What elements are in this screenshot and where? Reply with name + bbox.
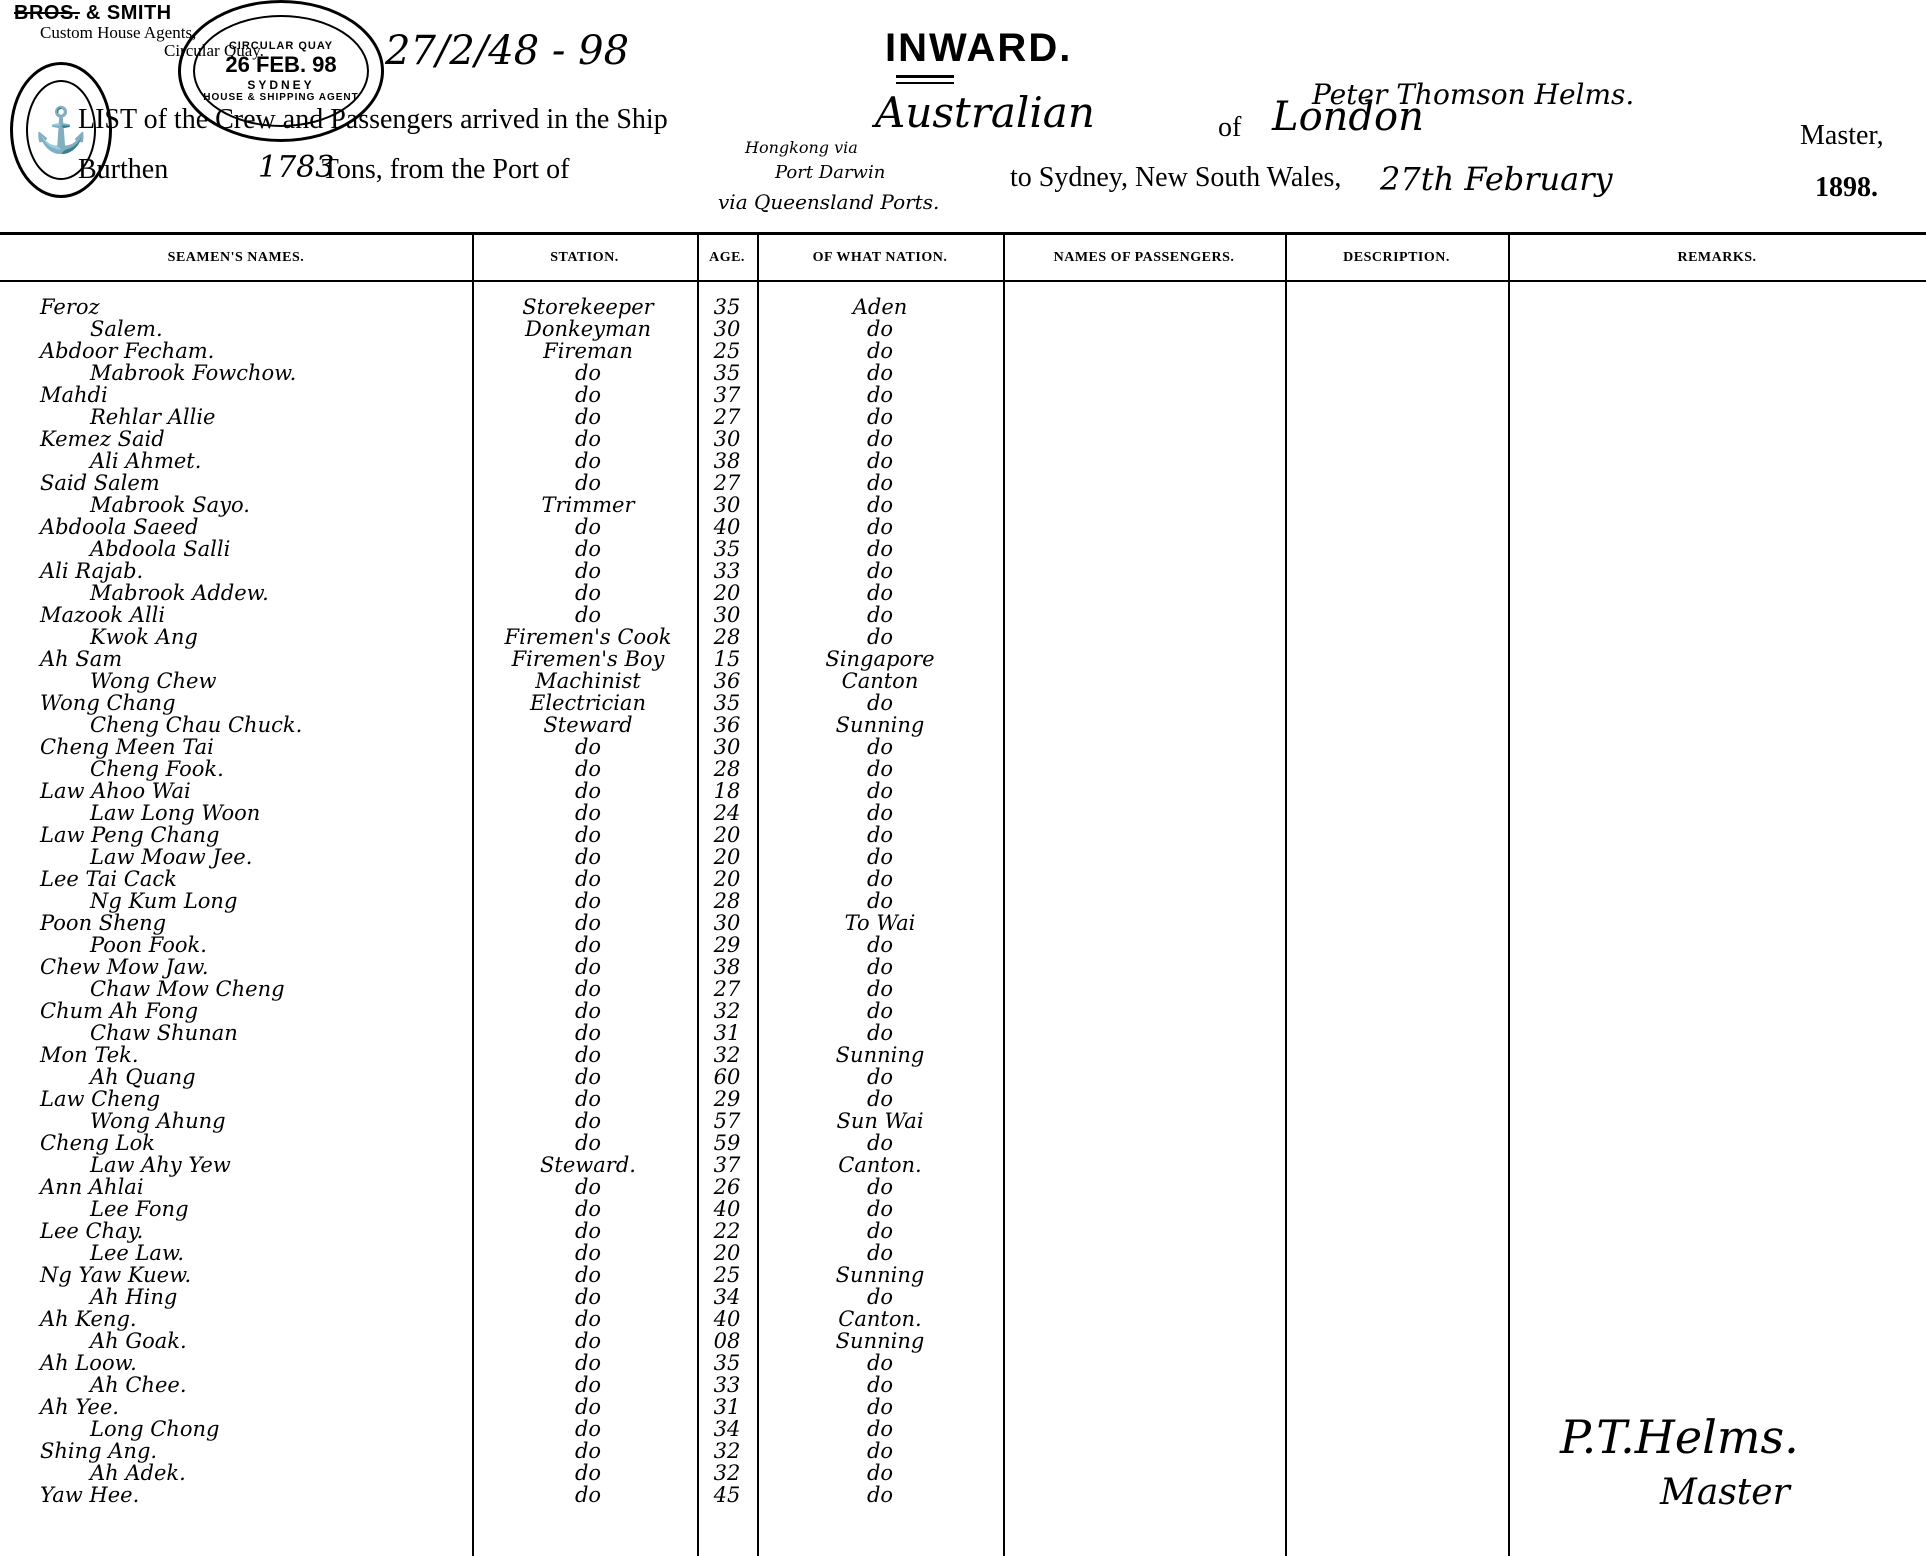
- title-underline: [896, 75, 954, 84]
- table-row: Yaw Hee.do45do: [0, 1484, 1926, 1506]
- table-row: Law Moaw Jee.do20do: [0, 846, 1926, 868]
- station: do: [478, 472, 698, 494]
- age: 38: [700, 450, 754, 472]
- seaman-name: Ah Hing: [90, 1286, 177, 1308]
- age: 26: [700, 1176, 754, 1198]
- arrival-date: 27th February: [1380, 160, 1613, 198]
- table-row: Abdoola Sallido35do: [0, 538, 1926, 560]
- table-row: Ah Hingdo34do: [0, 1286, 1926, 1308]
- table-row: Mabrook Sayo.Trimmer30do: [0, 494, 1926, 516]
- age: 31: [700, 1396, 754, 1418]
- station: do: [478, 1176, 698, 1198]
- table-row: Law Ahoo Waido18do: [0, 780, 1926, 802]
- seaman-name: Law Long Woon: [90, 802, 260, 824]
- age: 40: [700, 1198, 754, 1220]
- seaman-name: Chaw Mow Cheng: [90, 978, 285, 1000]
- station: do: [478, 1484, 698, 1506]
- seaman-name: Ann Ahlai: [40, 1176, 144, 1198]
- nation: Canton: [760, 670, 1000, 692]
- seaman-name: Ah Sam: [40, 648, 122, 670]
- table-row: Poon Shengdo30To Wai: [0, 912, 1926, 934]
- nation: do: [760, 604, 1000, 626]
- seaman-name: Mazook Alli: [40, 604, 165, 626]
- age: 37: [700, 1154, 754, 1176]
- station: do: [478, 1440, 698, 1462]
- column-header-remarks: REMARKS.: [1508, 250, 1926, 266]
- burthen-text: Burthen: [78, 154, 168, 185]
- seaman-name: Salem.: [90, 318, 163, 340]
- seaman-name: Cheng Lok: [40, 1132, 155, 1154]
- table-row: Ng Kum Longdo28do: [0, 890, 1926, 912]
- seaman-name: Lee Tai Cack: [40, 868, 177, 890]
- age: 33: [700, 1374, 754, 1396]
- nation: do: [760, 384, 1000, 406]
- age: 59: [700, 1132, 754, 1154]
- station: do: [478, 1220, 698, 1242]
- table-row: Ah SamFiremen's Boy15Singapore: [0, 648, 1926, 670]
- destination-label: to Sydney, New South Wales,: [1010, 162, 1341, 194]
- seaman-name: Mon Tek.: [40, 1044, 139, 1066]
- station: do: [478, 1242, 698, 1264]
- of-label: of: [1218, 112, 1241, 144]
- table-row: Cheng Chau Chuck.Steward36Sunning: [0, 714, 1926, 736]
- seaman-name: Ah Chee.: [90, 1374, 187, 1396]
- nation: Sun Wai: [760, 1110, 1000, 1132]
- station: Fireman: [478, 340, 698, 362]
- station: do: [478, 912, 698, 934]
- seaman-name: Ali Rajab.: [40, 560, 143, 582]
- nation: do: [760, 1286, 1000, 1308]
- age: 20: [700, 824, 754, 846]
- seaman-name: Kwok Ang: [90, 626, 198, 648]
- nation: do: [760, 1220, 1000, 1242]
- crew-table: SEAMEN'S NAMES. STATION. AGE. OF WHAT NA…: [0, 232, 1926, 1556]
- table-row: Mazook Allido30do: [0, 604, 1926, 626]
- station: do: [478, 934, 698, 956]
- nation: do: [760, 758, 1000, 780]
- station: do: [478, 406, 698, 428]
- table-row: Ali Rajab.do33do: [0, 560, 1926, 582]
- seaman-name: Abdoola Salli: [90, 538, 230, 560]
- nation: do: [760, 1000, 1000, 1022]
- seaman-name: Wong Chew: [90, 670, 216, 692]
- nation: Aden: [760, 296, 1000, 318]
- seaman-name: Mabrook Fowchow.: [90, 362, 296, 384]
- station: do: [478, 956, 698, 978]
- table-row: Chaw Shunando31do: [0, 1022, 1926, 1044]
- age: 25: [700, 340, 754, 362]
- table-row: Ann Ahlaido26do: [0, 1176, 1926, 1198]
- nation: do: [760, 934, 1000, 956]
- station: do: [478, 1110, 698, 1132]
- age: 32: [700, 1000, 754, 1022]
- table-row: Lee Chay.do22do: [0, 1220, 1926, 1242]
- age: 20: [700, 868, 754, 890]
- table-row: Cheng Lokdo59do: [0, 1132, 1926, 1154]
- seaman-name: Cheng Chau Chuck.: [90, 714, 302, 736]
- age: 31: [700, 1022, 754, 1044]
- seaman-name: Lee Fong: [90, 1198, 189, 1220]
- nation: Canton.: [760, 1308, 1000, 1330]
- table-row: Lee Law.do20do: [0, 1242, 1926, 1264]
- age: 34: [700, 1418, 754, 1440]
- seaman-name: Law Cheng: [40, 1088, 160, 1110]
- nation: do: [760, 1022, 1000, 1044]
- station: Donkeyman: [478, 318, 698, 340]
- table-row: Ah Loow.do35do: [0, 1352, 1926, 1374]
- nation: do: [760, 1242, 1000, 1264]
- table-row: Abdoor Fecham.Fireman25do: [0, 340, 1926, 362]
- table-row: Said Salemdo27do: [0, 472, 1926, 494]
- station: do: [478, 450, 698, 472]
- age: 25: [700, 1264, 754, 1286]
- age: 57: [700, 1110, 754, 1132]
- age: 29: [700, 1088, 754, 1110]
- station: Firemen's Cook: [478, 626, 698, 648]
- nation: To Wai: [760, 912, 1000, 934]
- age: 34: [700, 1286, 754, 1308]
- nation: do: [760, 1176, 1000, 1198]
- nation: do: [760, 1352, 1000, 1374]
- nation: do: [760, 868, 1000, 890]
- table-row: Rehlar Alliedo27do: [0, 406, 1926, 428]
- age: 27: [700, 406, 754, 428]
- station: do: [478, 516, 698, 538]
- nation: Canton.: [760, 1154, 1000, 1176]
- nation: do: [760, 1462, 1000, 1484]
- seaman-name: Mahdi: [40, 384, 108, 406]
- age: 30: [700, 318, 754, 340]
- nation: do: [760, 406, 1000, 428]
- seaman-name: Yaw Hee.: [40, 1484, 139, 1506]
- age: 30: [700, 428, 754, 450]
- age: 29: [700, 934, 754, 956]
- burthen-tons: 1783: [258, 150, 334, 185]
- nation: Singapore: [760, 648, 1000, 670]
- agent-name-rest: & SMITH: [80, 2, 172, 24]
- column-header-age: AGE.: [697, 250, 757, 266]
- station: do: [478, 1132, 698, 1154]
- seaman-name: Long Chong: [90, 1418, 219, 1440]
- age: 22: [700, 1220, 754, 1242]
- nation: do: [760, 428, 1000, 450]
- age: 28: [700, 890, 754, 912]
- table-row: Abdoola Saeeddo40do: [0, 516, 1926, 538]
- nation: do: [760, 978, 1000, 1000]
- station: do: [478, 1418, 698, 1440]
- seaman-name: Law Moaw Jee.: [90, 846, 252, 868]
- table-row: Ah Chee.do33do: [0, 1374, 1926, 1396]
- signature-title: Master: [1660, 1472, 1790, 1513]
- age: 20: [700, 1242, 754, 1264]
- station: Electrician: [478, 692, 698, 714]
- table-row: Chaw Mow Chengdo27do: [0, 978, 1926, 1000]
- nation: do: [760, 1440, 1000, 1462]
- age: 35: [700, 362, 754, 384]
- port-from-line2: Port Darwin: [775, 162, 885, 183]
- table-row: FerozStorekeeper35Aden: [0, 296, 1926, 318]
- station: do: [478, 868, 698, 890]
- station: do: [478, 890, 698, 912]
- seaman-name: Ah Goak.: [90, 1330, 187, 1352]
- nation: do: [760, 824, 1000, 846]
- station: Firemen's Boy: [478, 648, 698, 670]
- station: Trimmer: [478, 494, 698, 516]
- table-row: Wong ChewMachinist36Canton: [0, 670, 1926, 692]
- station: do: [478, 736, 698, 758]
- seaman-name: Ng Yaw Kuew.: [40, 1264, 191, 1286]
- age: 36: [700, 670, 754, 692]
- station: do: [478, 1000, 698, 1022]
- nation: do: [760, 1198, 1000, 1220]
- seaman-name: Law Ahy Yew: [90, 1154, 231, 1176]
- age: 28: [700, 758, 754, 780]
- station: do: [478, 1374, 698, 1396]
- seaman-name: Lee Law.: [90, 1242, 184, 1264]
- nation: Sunning: [760, 1264, 1000, 1286]
- seaman-name: Ah Keng.: [40, 1308, 137, 1330]
- age: 28: [700, 626, 754, 648]
- seaman-name: Cheng Fook.: [90, 758, 224, 780]
- age: 35: [700, 692, 754, 714]
- table-row: Law Peng Changdo20do: [0, 824, 1926, 846]
- reference-number: 27/2/48 - 98: [385, 28, 629, 74]
- station: Steward.: [478, 1154, 698, 1176]
- column-header-description: DESCRIPTION.: [1285, 250, 1508, 266]
- age: 27: [700, 472, 754, 494]
- age: 08: [700, 1330, 754, 1352]
- seaman-name: Ali Ahmet.: [90, 450, 201, 472]
- master-name: Peter Thomson Helms.: [1312, 78, 1634, 111]
- nation: do: [760, 494, 1000, 516]
- nation: do: [760, 582, 1000, 604]
- table-row: Law Chengdo29do: [0, 1088, 1926, 1110]
- station: do: [478, 538, 698, 560]
- age: 24: [700, 802, 754, 824]
- agent-name-struck: BROS.: [14, 2, 80, 24]
- age: 32: [700, 1462, 754, 1484]
- station: Machinist: [478, 670, 698, 692]
- nation: Sunning: [760, 1330, 1000, 1352]
- seaman-name: Chew Mow Jaw.: [40, 956, 209, 978]
- table-row: Cheng Meen Taido30do: [0, 736, 1926, 758]
- seaman-name: Shing Ang.: [40, 1440, 157, 1462]
- station: do: [478, 846, 698, 868]
- station: do: [478, 560, 698, 582]
- nation: do: [760, 516, 1000, 538]
- table-row: Ah Quangdo60do: [0, 1066, 1926, 1088]
- station: do: [478, 824, 698, 846]
- age: 30: [700, 604, 754, 626]
- station: do: [478, 384, 698, 406]
- table-row: Ali Ahmet.do38do: [0, 450, 1926, 472]
- age: 30: [700, 912, 754, 934]
- table-row: Cheng Fook.do28do: [0, 758, 1926, 780]
- seaman-name: Ng Kum Long: [90, 890, 237, 912]
- seaman-name: Ah Adek.: [90, 1462, 186, 1484]
- seaman-name: Chum Ah Fong: [40, 1000, 198, 1022]
- age: 40: [700, 516, 754, 538]
- nation: do: [760, 1374, 1000, 1396]
- table-row: Lee Tai Cackdo20do: [0, 868, 1926, 890]
- seaman-name: Poon Sheng: [40, 912, 166, 934]
- station: do: [478, 1352, 698, 1374]
- table-row: Kemez Saiddo30do: [0, 428, 1926, 450]
- station: do: [478, 1396, 698, 1418]
- seaman-name: Abdoola Saeed: [40, 516, 198, 538]
- table-row: Law Long Woondo24do: [0, 802, 1926, 824]
- station: do: [478, 780, 698, 802]
- age: 20: [700, 582, 754, 604]
- seaman-name: Wong Ahung: [90, 1110, 226, 1132]
- nation: do: [760, 318, 1000, 340]
- station: do: [478, 978, 698, 1000]
- seaman-name: Ah Quang: [90, 1066, 196, 1088]
- table-row: Mabrook Addew.do20do: [0, 582, 1926, 604]
- age: 20: [700, 846, 754, 868]
- station: do: [478, 1264, 698, 1286]
- port-from-line3: via Queensland Ports.: [718, 190, 939, 214]
- seaman-name: Ah Yee.: [40, 1396, 119, 1418]
- nation: do: [760, 1066, 1000, 1088]
- age: 30: [700, 494, 754, 516]
- column-header-station: STATION.: [472, 250, 697, 266]
- age: 32: [700, 1440, 754, 1462]
- age: 35: [700, 1352, 754, 1374]
- seaman-name: Feroz: [40, 296, 100, 318]
- station: do: [478, 1066, 698, 1088]
- page-title: INWARD.: [885, 26, 1072, 71]
- nation: do: [760, 538, 1000, 560]
- nation: do: [760, 890, 1000, 912]
- seaman-name: Kemez Said: [40, 428, 165, 450]
- nation: do: [760, 802, 1000, 824]
- column-header-seamens-names: SEAMEN'S NAMES.: [0, 250, 472, 266]
- table-row: Wong Ahungdo57Sun Wai: [0, 1110, 1926, 1132]
- table-top-rule: [0, 232, 1926, 235]
- year-label: 1898.: [1815, 172, 1878, 204]
- table-row: Ah Goak.do08Sunning: [0, 1330, 1926, 1352]
- seaman-name: Rehlar Allie: [90, 406, 215, 428]
- table-row: Ah Adek.do32do: [0, 1462, 1926, 1484]
- seaman-name: Cheng Meen Tai: [40, 736, 214, 758]
- age: 35: [700, 538, 754, 560]
- station: do: [478, 802, 698, 824]
- table-row: Mabrook Fowchow.do35do: [0, 362, 1926, 384]
- nation: do: [760, 692, 1000, 714]
- nation: do: [760, 1132, 1000, 1154]
- table-row: Lee Fongdo40do: [0, 1198, 1926, 1220]
- column-header-nation: OF WHAT NATION.: [757, 250, 1003, 266]
- station: do: [478, 1286, 698, 1308]
- table-row: Law Ahy YewSteward.37Canton.: [0, 1154, 1926, 1176]
- table-row: Chew Mow Jaw.do38do: [0, 956, 1926, 978]
- table-row: Ah Keng.do40Canton.: [0, 1308, 1926, 1330]
- station: do: [478, 1044, 698, 1066]
- table-row: Kwok AngFiremen's Cook28do: [0, 626, 1926, 648]
- seaman-name: Mabrook Sayo.: [90, 494, 250, 516]
- nation: do: [760, 736, 1000, 758]
- station: do: [478, 1330, 698, 1352]
- station: do: [478, 1198, 698, 1220]
- nation: do: [760, 472, 1000, 494]
- tons-label: Tons, from the Port of: [322, 154, 570, 185]
- station: do: [478, 758, 698, 780]
- master-label: Master,: [1800, 120, 1884, 152]
- age: 60: [700, 1066, 754, 1088]
- nation: do: [760, 560, 1000, 582]
- nation: do: [760, 1396, 1000, 1418]
- station: Storekeeper: [478, 296, 698, 318]
- age: 30: [700, 736, 754, 758]
- nation: do: [760, 626, 1000, 648]
- station: do: [478, 362, 698, 384]
- age: 32: [700, 1044, 754, 1066]
- age: 36: [700, 714, 754, 736]
- table-row: Mon Tek.do32Sunning: [0, 1044, 1926, 1066]
- seaman-name: Ah Loow.: [40, 1352, 137, 1374]
- station: do: [478, 604, 698, 626]
- station: Steward: [478, 714, 698, 736]
- station: do: [478, 1462, 698, 1484]
- nation: do: [760, 1484, 1000, 1506]
- age: 27: [700, 978, 754, 1000]
- nation: do: [760, 340, 1000, 362]
- nation: do: [760, 846, 1000, 868]
- nation: Sunning: [760, 1044, 1000, 1066]
- station: do: [478, 428, 698, 450]
- table-row: Ng Yaw Kuew.do25Sunning: [0, 1264, 1926, 1286]
- column-header-passenger-names: NAMES OF PASSENGERS.: [1003, 250, 1285, 266]
- seaman-name: Law Peng Chang: [40, 824, 219, 846]
- table-row: Salem.Donkeyman30do: [0, 318, 1926, 340]
- age: 37: [700, 384, 754, 406]
- master-signature: P.T.Helms.: [1560, 1410, 1799, 1464]
- table-row: Poon Fook.do29do: [0, 934, 1926, 956]
- seaman-name: Lee Chay.: [40, 1220, 143, 1242]
- age: 38: [700, 956, 754, 978]
- table-row: Mahdido37do: [0, 384, 1926, 406]
- nation: do: [760, 1418, 1000, 1440]
- seaman-name: Law Ahoo Wai: [40, 780, 191, 802]
- seaman-name: Chaw Shunan: [90, 1022, 238, 1044]
- station: do: [478, 1022, 698, 1044]
- nation: do: [760, 780, 1000, 802]
- age: 18: [700, 780, 754, 802]
- seaman-name: Wong Chang: [40, 692, 176, 714]
- age: 33: [700, 560, 754, 582]
- port-from-line1: Hongkong via: [745, 138, 858, 157]
- list-intro: LIST of the Crew and Passengers arrived …: [78, 104, 668, 136]
- station: do: [478, 1088, 698, 1110]
- seaman-name: Poon Fook.: [90, 934, 207, 956]
- nation: do: [760, 956, 1000, 978]
- table-row: Wong ChangElectrician35do: [0, 692, 1926, 714]
- age: 35: [700, 296, 754, 318]
- seaman-name: Mabrook Addew.: [90, 582, 269, 604]
- table-header-rule: [0, 280, 1926, 282]
- nation: do: [760, 450, 1000, 472]
- age: 40: [700, 1308, 754, 1330]
- nation: do: [760, 1088, 1000, 1110]
- station: do: [478, 1308, 698, 1330]
- age: 45: [700, 1484, 754, 1506]
- seaman-name: Abdoor Fecham.: [40, 340, 214, 362]
- seaman-name: Said Salem: [40, 472, 160, 494]
- ship-name: Australian: [875, 88, 1095, 137]
- station: do: [478, 582, 698, 604]
- nation: Sunning: [760, 714, 1000, 736]
